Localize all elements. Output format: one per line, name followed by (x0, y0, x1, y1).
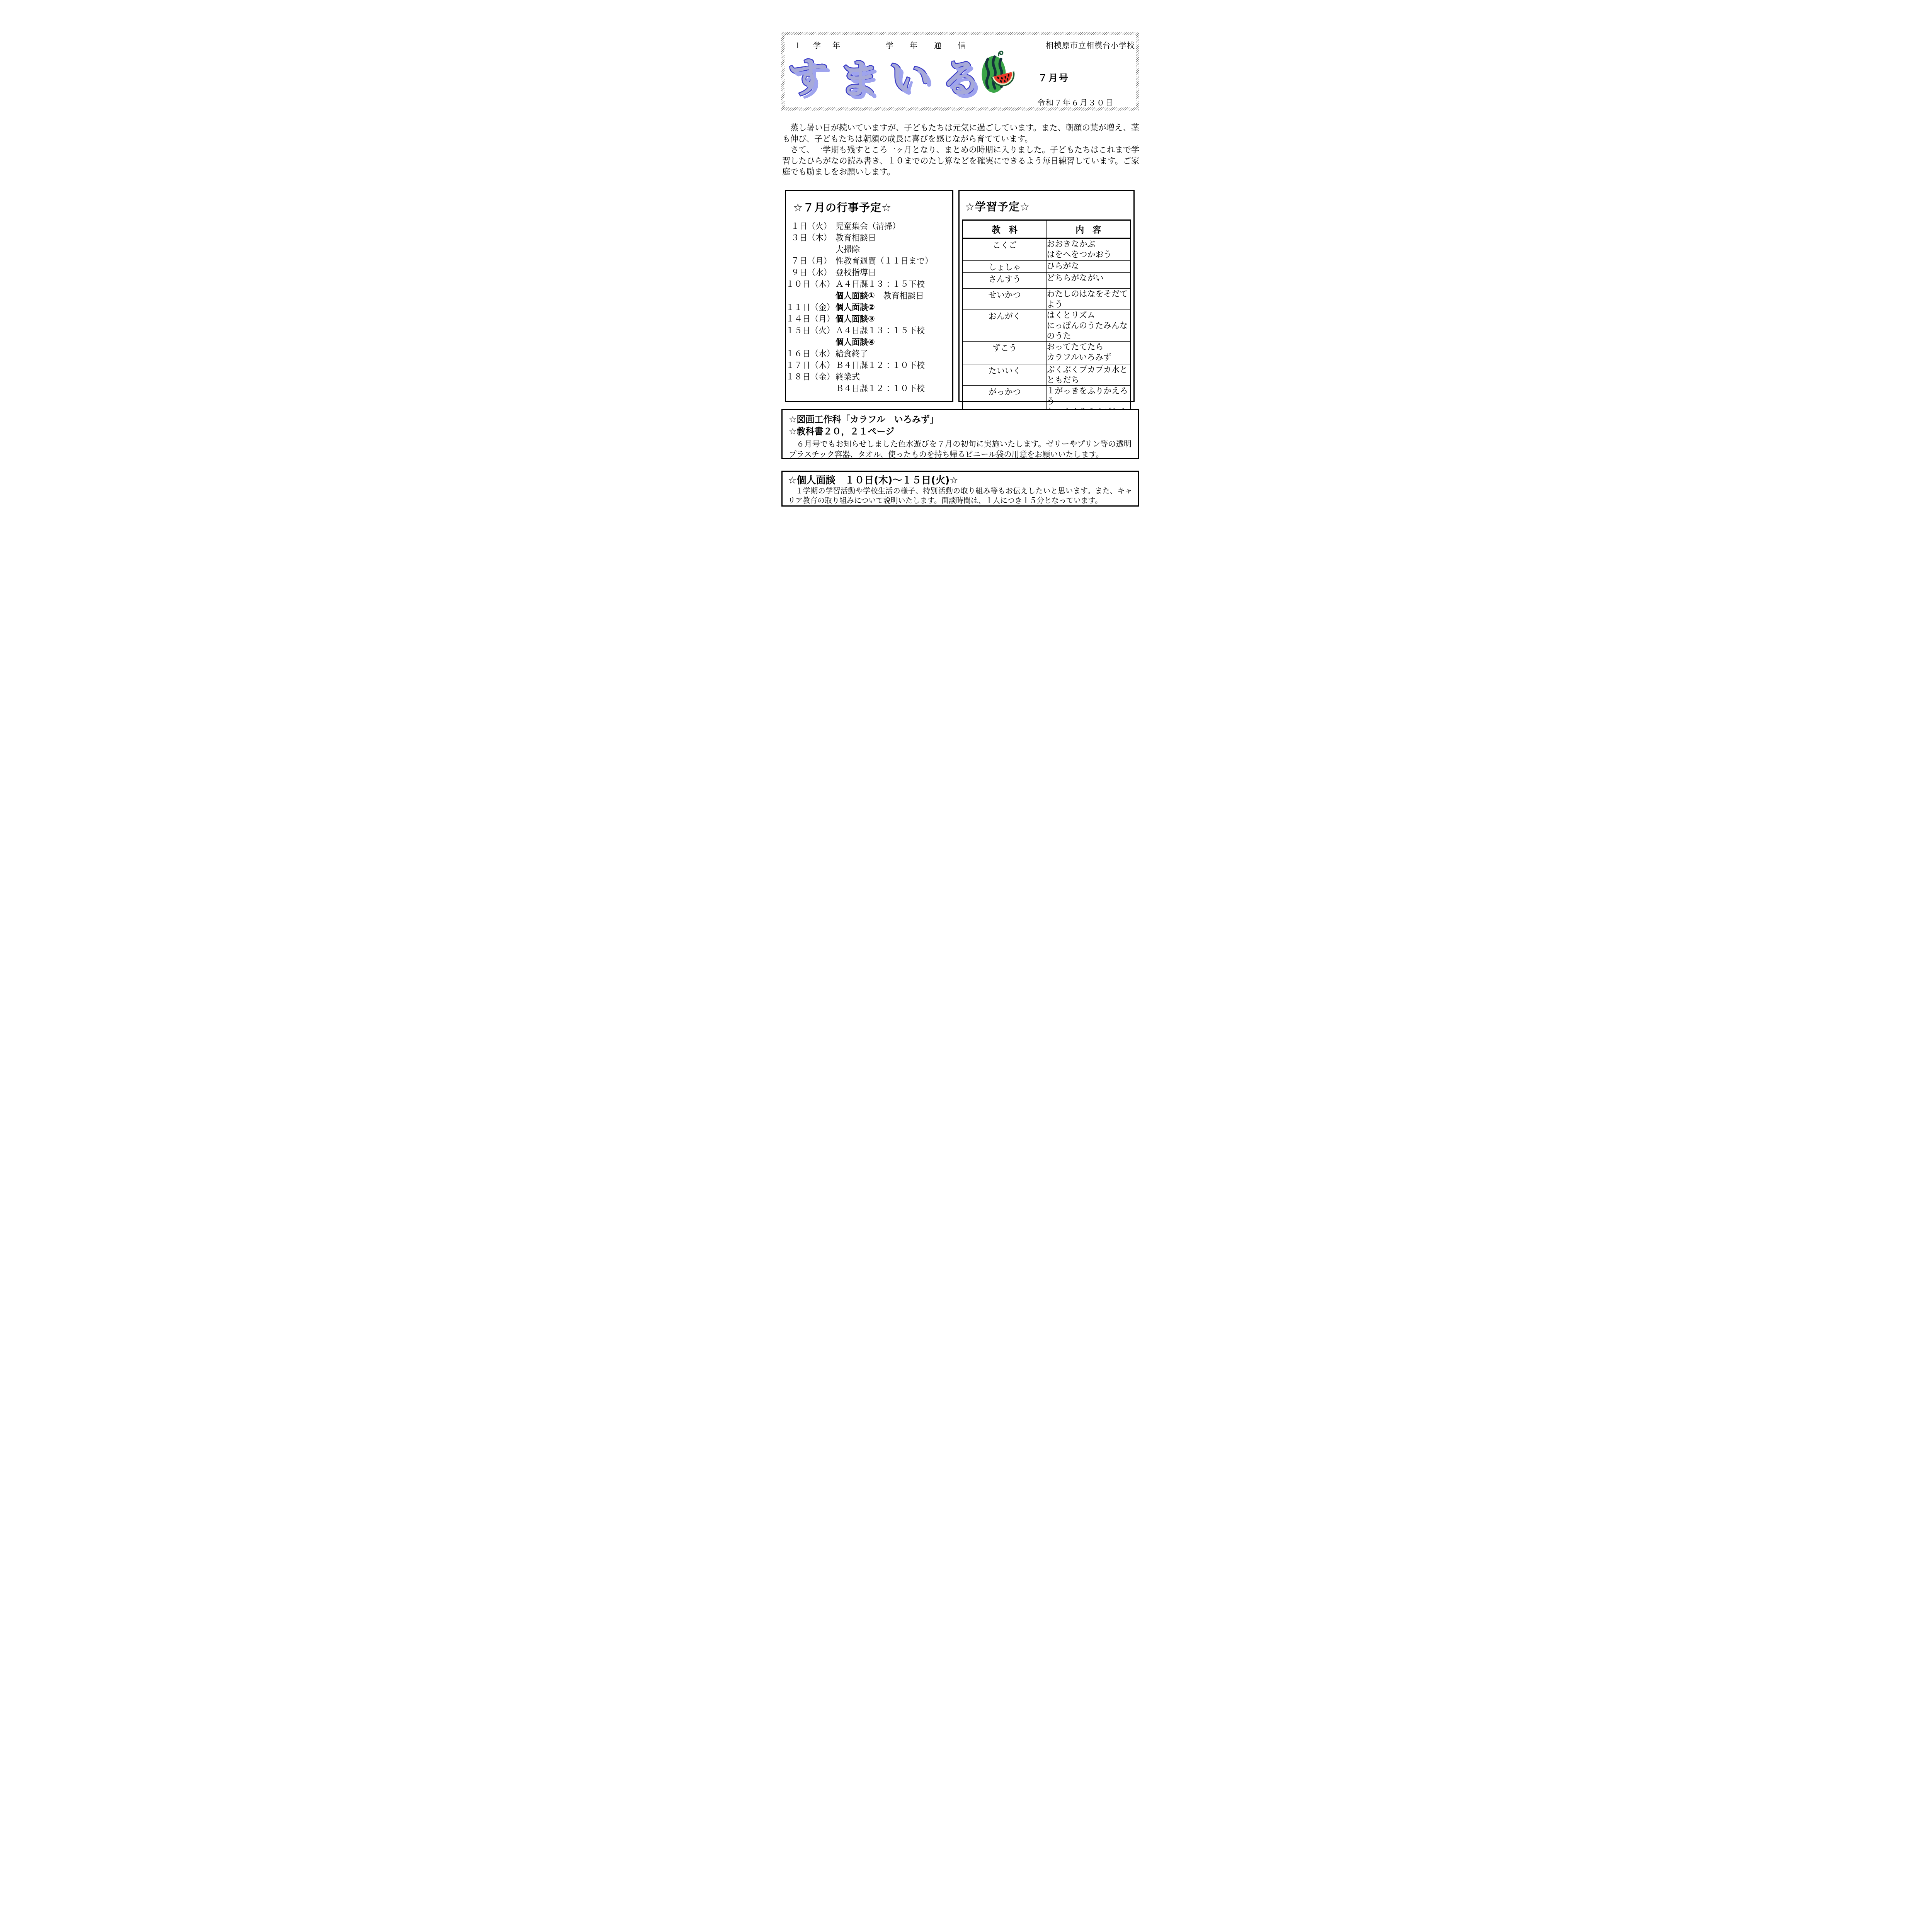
watermelon-icon (976, 49, 1020, 94)
event-date (786, 336, 832, 348)
event-date: １８日（金） (786, 371, 832, 383)
content-cell: どちらがながい (1046, 273, 1131, 289)
newsletter-type-label: 学 年 通 信 (886, 39, 970, 51)
event-date: １１日（金） (786, 301, 832, 313)
table-row: ずこう おってたてたら カラフルいろみず (963, 342, 1131, 364)
intro-paragraph-2: さて、一学期も残すところ一ヶ月となり、まとめの時期に入りました。子どもたちはこれ… (782, 144, 1139, 177)
table-row: せいかつ わたしのはなをそだてよう (963, 289, 1131, 310)
subject-cell: ずこう (963, 342, 1047, 364)
issue-label: ７月号 (1038, 70, 1069, 84)
event-line: 個人面談④ (786, 336, 952, 348)
event-line: ９日（水） 登校指導日 (786, 267, 952, 278)
event-text: 個人面談④ (835, 336, 875, 348)
content-cell: おってたてたら カラフルいろみず (1046, 342, 1131, 364)
july-events-title: ☆７月の行事予定☆ (793, 199, 952, 215)
art-notice-title-line1: ☆図画工作科「カラフル いろみず」 (789, 414, 1132, 426)
event-date: １日（火） (786, 220, 832, 232)
event-line: Ｂ４日課１２：１０下校 (786, 383, 952, 394)
event-text: Ｂ４日課１２：１０下校 (835, 383, 925, 394)
table-row: たいいく ぶくぶくプカプカ水とともだち (963, 364, 1131, 386)
event-date: １７日（木） (786, 359, 832, 371)
title-char: す (787, 56, 839, 99)
event-line: １０日（木） Ａ４日課１３：１５下校 (786, 278, 952, 290)
event-date: １４日（月） (786, 313, 832, 325)
event-text: 個人面談② (835, 301, 875, 313)
event-line: １４日（月） 個人面談③ (786, 313, 952, 325)
event-text: 個人面談① (835, 290, 875, 301)
event-date: ７日（月） (786, 255, 832, 267)
event-text: 教育相談日 (835, 232, 876, 243)
subject-cell: さんすう (963, 273, 1047, 289)
masthead-hatched-frame: １ 学 年 学 年 通 信 相模原市立相模台小学校 すまいる (781, 32, 1139, 111)
event-text: Ａ４日課１３：１５下校 (835, 325, 925, 336)
newsletter-title: すまいる (788, 57, 992, 98)
intro-paragraph-1: 蒸し暑い日が続いていますが、子どもたちは元気に過ごしています。また、朝顔の葉が増… (782, 122, 1139, 144)
table-row: おんがく はくとリズム にっぽんのうたみんなのうた (963, 310, 1131, 342)
event-date: １０日（木） (786, 278, 832, 290)
study-table-header-row: 教 科 内 容 (963, 220, 1131, 238)
title-char: い (889, 56, 941, 99)
event-text: 個人面談③ (835, 313, 875, 325)
event-line: １１日（金） 個人面談② (786, 301, 952, 313)
event-text: 大掃除 (835, 243, 860, 255)
study-plan-box: ☆学習予定☆ 教 科 内 容 こくご おおきなかぶ はをへをつかおう しょしゃ … (958, 190, 1135, 402)
study-plan-title: ☆学習予定☆ (965, 199, 1133, 214)
event-text: 終業式 (835, 371, 860, 383)
event-text: 性教育週間（１１日まで） (835, 255, 933, 267)
column-header-content: 内 容 (1046, 220, 1131, 238)
event-date (786, 243, 832, 255)
event-text: 登校指導日 (835, 267, 876, 278)
event-line: １５日（火） Ａ４日課１３：１５下校 (786, 325, 952, 336)
event-line: １７日（木） Ｂ４日課１２：１０下校 (786, 359, 952, 371)
content-cell: ひらがな (1046, 261, 1131, 273)
event-date (786, 290, 832, 301)
subject-cell: せいかつ (963, 289, 1047, 310)
grade-label: １ 学 年 (794, 39, 842, 51)
subject-cell: しょしゃ (963, 261, 1047, 273)
masthead: １ 学 年 学 年 通 信 相模原市立相模台小学校 すまいる (784, 35, 1136, 107)
table-row: さんすう どちらがながい (963, 273, 1131, 289)
masthead-top-row: １ 学 年 学 年 通 信 相模原市立相模台小学校 (784, 39, 1136, 50)
interview-notice-body: １学期の学習活動や学校生活の様子、特別活動の取り組み等もお伝えしたいと思います。… (788, 486, 1132, 506)
july-events-box: ☆７月の行事予定☆ １日（火） 児童集会（清掃） ３日（木） 教育相談日 大掃除… (785, 190, 953, 402)
event-line: １８日（金） 終業式 (786, 371, 952, 383)
content-cell: おおきなかぶ はをへをつかおう (1046, 238, 1131, 261)
content-cell: わたしのはなをそだてよう (1046, 289, 1131, 310)
subject-cell: おんがく (963, 310, 1047, 342)
event-line: 個人面談① 教育相談日 (786, 290, 952, 301)
column-header-subject: 教 科 (963, 220, 1047, 238)
title-char: ま (838, 58, 890, 101)
event-line: １６日（水） 給食終了 (786, 348, 952, 359)
subject-cell: こくご (963, 238, 1047, 261)
event-date: １５日（火） (786, 325, 832, 336)
event-text: 児童集会（清掃） (835, 220, 900, 232)
art-notice-body: ６月号でもお知らせしました色水遊びを７月の初旬に実施いたします。ゼリーやプリン等… (789, 439, 1132, 460)
event-text: Ａ４日課１３：１５下校 (835, 278, 925, 290)
content-cell: ぶくぶくプカプカ水とともだち (1046, 364, 1131, 386)
intro-section: 蒸し暑い日が続いていますが、子どもたちは元気に過ごしています。また、朝顔の葉が増… (782, 122, 1139, 177)
interview-notice-box: ☆個人面談 １０日(木)～１５日(火)☆ １学期の学習活動や学校生活の様子、特別… (781, 471, 1139, 507)
event-line: 大掃除 (786, 243, 952, 255)
event-date: ３日（木） (786, 232, 832, 243)
subject-cell: たいいく (963, 364, 1047, 386)
art-craft-notice-box: ☆図画工作科「カラフル いろみず」 ☆教科書２０，２１ページ ６月号でもお知らせ… (781, 409, 1139, 459)
event-line: ３日（木） 教育相談日 (786, 232, 952, 243)
event-secondary-text: 教育相談日 (883, 290, 924, 301)
table-row: しょしゃ ひらがな (963, 261, 1131, 273)
event-line: １日（火） 児童集会（清掃） (786, 220, 952, 232)
newsletter-page: １ 学 年 学 年 通 信 相模原市立相模台小学校 すまいる (745, 0, 1171, 602)
event-text: 給食終了 (835, 348, 868, 359)
issue-date: 令和７年６月３０日 (1037, 97, 1114, 108)
table-row: こくご おおきなかぶ はをへをつかおう (963, 238, 1131, 261)
content-cell: はくとリズム にっぽんのうたみんなのうた (1046, 310, 1131, 342)
interview-notice-title: ☆個人面談 １０日(木)～１５日(火)☆ (788, 474, 1132, 486)
event-date (786, 383, 832, 394)
event-text: Ｂ４日課１２：１０下校 (835, 359, 925, 371)
school-name: 相模原市立相模台小学校 (1046, 39, 1135, 51)
art-notice-title-line2: ☆教科書２０，２１ページ (789, 426, 1132, 438)
event-line: ７日（月） 性教育週間（１１日まで） (786, 255, 952, 267)
event-date: ９日（水） (786, 267, 832, 278)
event-date: １６日（水） (786, 348, 832, 359)
